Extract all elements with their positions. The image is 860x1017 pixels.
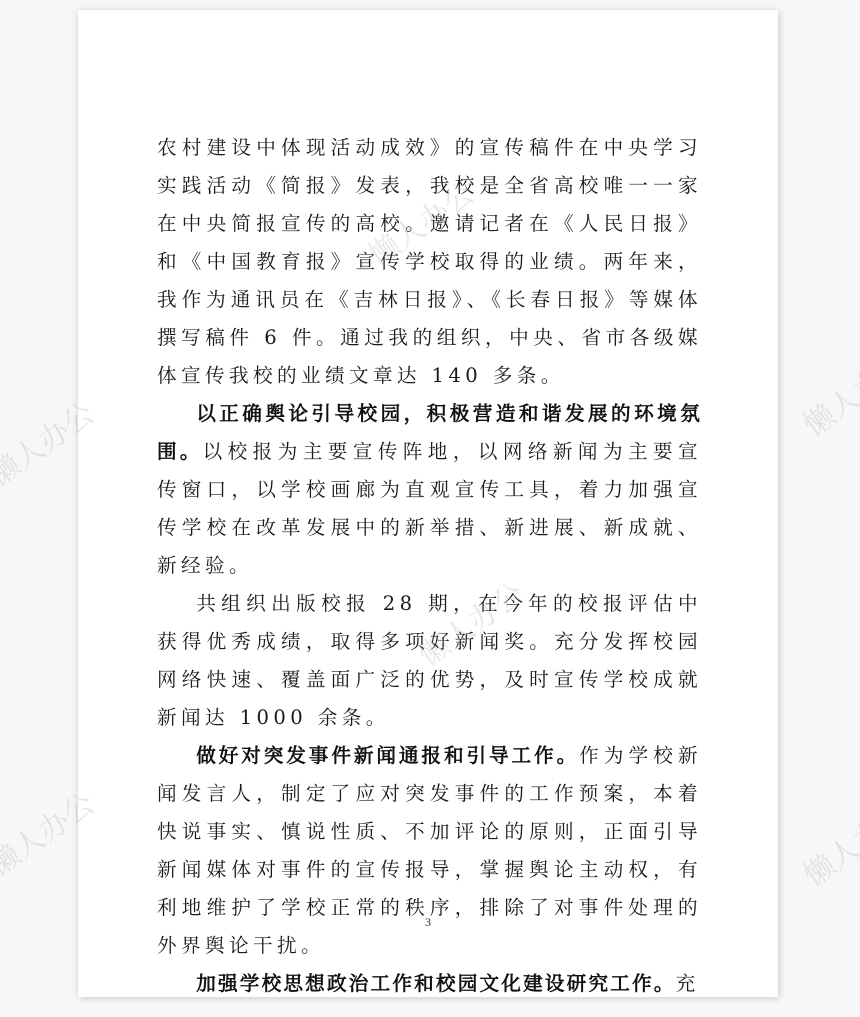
watermark: 懒人办公 xyxy=(793,340,860,445)
paragraph-text: 农村建设中体现活动成效》的宣传稿件在中央学习实践活动《简报》发表，我校是全省高校… xyxy=(157,136,702,387)
paragraph-public-opinion: 以正确舆论引导校园，积极营造和谐发展的环境氛围。以校报为主要宣传阵地，以网络新闻… xyxy=(157,395,702,585)
paragraph-school-newspaper: 共组织出版校报 28 期，在今年的校报评估中获得优秀成绩，取得多项好新闻奖。充分… xyxy=(157,585,702,737)
paragraph-emergency-news: 做好对突发事件新闻通报和引导工作。作为学校新闻发言人，制定了应对突发事件的工作预… xyxy=(157,737,702,965)
paragraph-heading: 加强学校思想政治工作和校园文化建设研究工作。 xyxy=(196,972,675,995)
document-page: 农村建设中体现活动成效》的宣传稿件在中央学习实践活动《简报》发表，我校是全省高校… xyxy=(78,10,778,997)
paragraph-text: 以校报为主要宣传阵地，以网络新闻为主要宣传窗口，以学校画廊为直观宣传工具，着力加… xyxy=(157,440,702,577)
paragraph-heading: 做好对突发事件新闻通报和引导工作。 xyxy=(196,744,579,767)
paragraph-media-publicity: 农村建设中体现活动成效》的宣传稿件在中央学习实践活动《简报》发表，我校是全省高校… xyxy=(157,129,702,395)
document-body: 农村建设中体现活动成效》的宣传稿件在中央学习实践活动《简报》发表，我校是全省高校… xyxy=(157,129,702,1003)
paragraph-text: 充 xyxy=(676,972,700,995)
paragraph-ideological-work: 加强学校思想政治工作和校园文化建设研究工作。充 xyxy=(157,965,702,1003)
paragraph-text: 共组织出版校报 28 期，在今年的校报评估中获得优秀成绩，取得多项好新闻奖。充分… xyxy=(157,592,702,729)
page-number: 3 xyxy=(78,915,778,930)
watermark: 懒人办公 xyxy=(793,790,860,895)
